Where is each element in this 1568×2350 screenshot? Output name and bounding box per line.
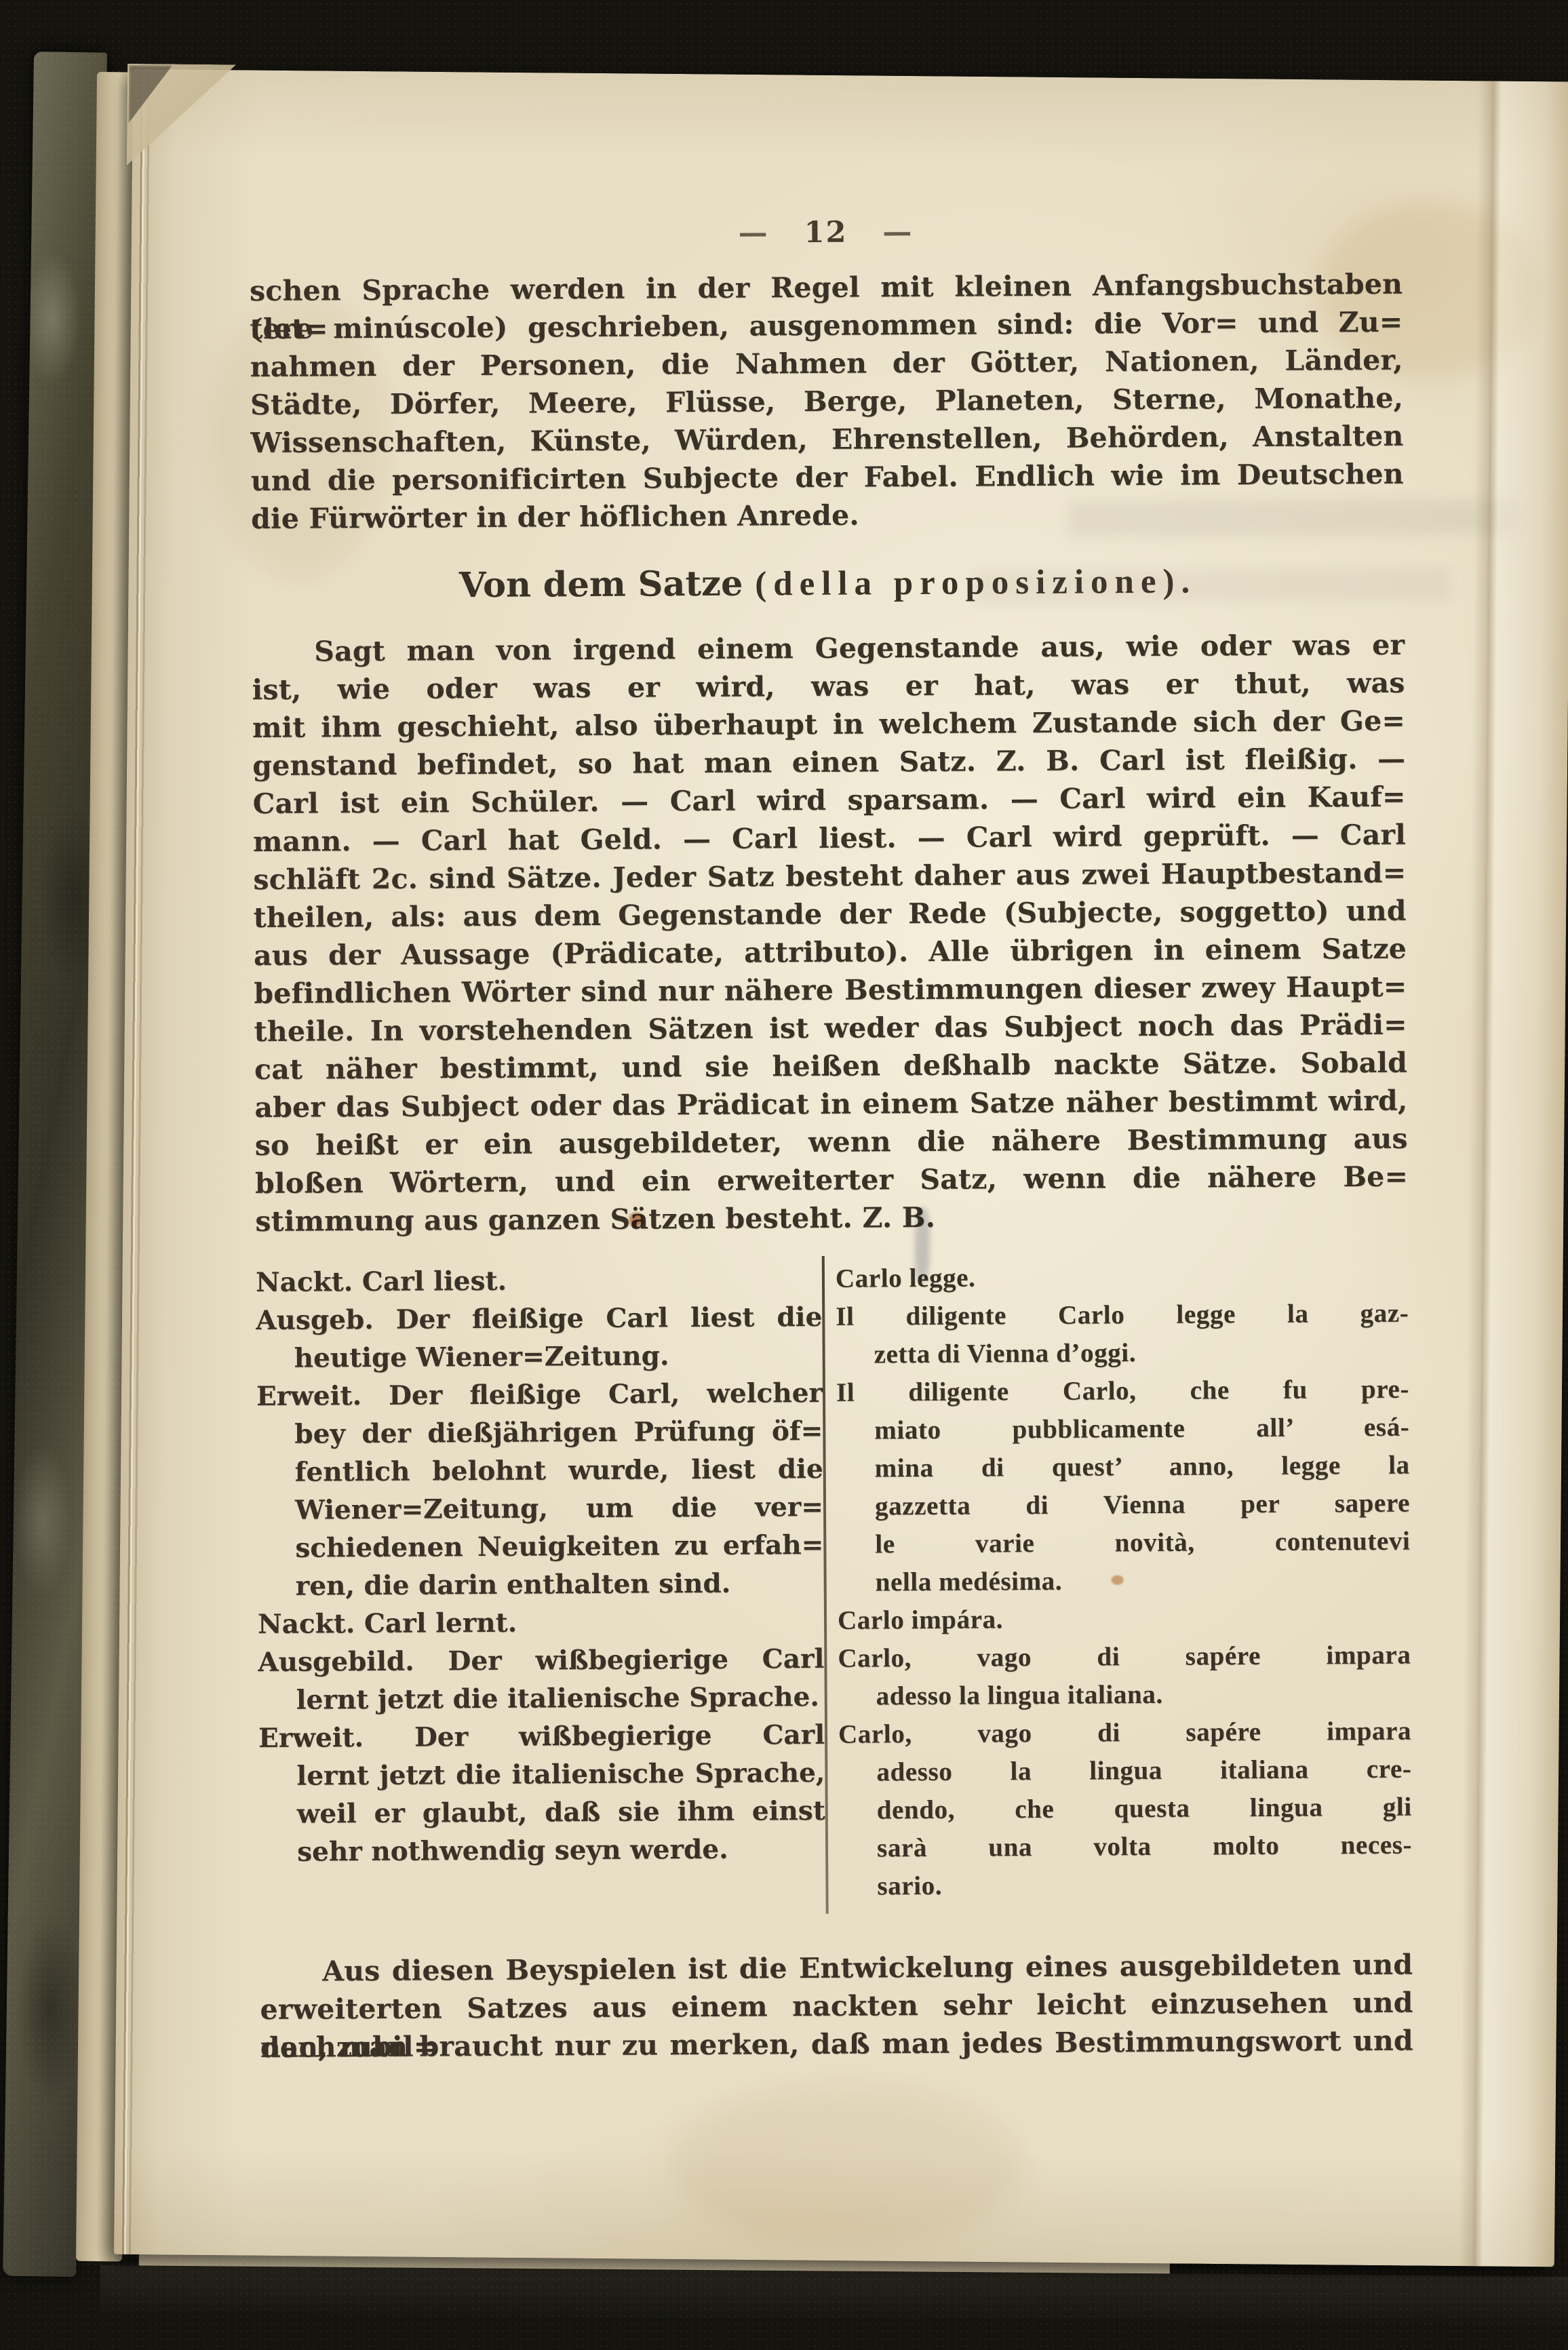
text-line: Carlo, vago di sapére impara bbox=[838, 1637, 1411, 1678]
text-line: Ausgebild. Der wißbegierige Carl bbox=[258, 1640, 824, 1681]
text-line: Sagt man von irgend einem Gegenstande au… bbox=[252, 626, 1405, 671]
heading-german: Von dem Satze bbox=[459, 564, 743, 606]
text-line: mina di quest’ anno, legge la bbox=[837, 1447, 1410, 1488]
text-line: heutige Wiener=Zeitung. bbox=[256, 1336, 822, 1377]
text-line: adesso la lingua italiana cre- bbox=[838, 1750, 1411, 1792]
header-dash-right: — bbox=[882, 215, 913, 249]
text-line: mann. — Carl hat Geld. — Carl liest. — C… bbox=[253, 816, 1406, 861]
paragraph-closing: Aus diesen Beyspielen ist die Entwickelu… bbox=[260, 1946, 1413, 2067]
examples-column-german: Nackt. Carl liest.Ausgeb. Der fleißige C… bbox=[256, 1260, 825, 1871]
text-line: theile. In vorstehenden Sätzen ist weder… bbox=[254, 1006, 1407, 1051]
text-line: schen Sprache werden in der Regel mit kl… bbox=[250, 265, 1403, 310]
examples-column-italian: Carlo legge.Il diligente Carlo legge la … bbox=[836, 1257, 1413, 1906]
text-line: Il diligente Carlo legge la gaz- bbox=[836, 1295, 1409, 1336]
paragraph-definition: Sagt man von irgend einem Gegenstande au… bbox=[252, 626, 1408, 1240]
text-line: fentlich belohnt wurde, liest die bbox=[257, 1450, 823, 1491]
text-line: schiedenen Neuigkeiten zu erfah= bbox=[257, 1526, 823, 1567]
text-line: lernt jetzt die italienische Sprache. bbox=[258, 1678, 825, 1719]
text-line: mit ihm geschieht, also überhaupt in wel… bbox=[252, 702, 1405, 747]
text-line: lernt jetzt die italienische Sprache, bbox=[258, 1754, 825, 1795]
text-line: und die personificirten Subjecte der Fab… bbox=[251, 455, 1404, 500]
text-line: zetta di Vienna d’oggi. bbox=[836, 1333, 1409, 1374]
text-line: befindlichen Wörter sind nur nähere Best… bbox=[254, 968, 1407, 1013]
text-line: nella medésima. bbox=[838, 1561, 1411, 1602]
page-header: —12— bbox=[249, 212, 1402, 253]
text-line: so heißt er ein ausgebildeter, wenn die … bbox=[255, 1120, 1408, 1164]
text-line: aus der Aussage (Prädicate, attributo). … bbox=[254, 930, 1407, 975]
heading-italian: (della proposizione). bbox=[755, 563, 1196, 604]
text-line: bey der dießjährigen Prüfung öf= bbox=[256, 1412, 823, 1453]
text-line: stimmung aus ganzen Sätzen besteht. Z. B… bbox=[255, 1196, 1408, 1240]
text-line: miato pubblicamente all’ esá- bbox=[836, 1409, 1409, 1450]
text-line: Carl ist ein Schüler. — Carl wird sparsa… bbox=[253, 778, 1406, 823]
book-page: —12— schen Sprache werden in der Regel m… bbox=[114, 69, 1568, 2267]
text-line: sario. bbox=[839, 1864, 1412, 1906]
page-content: —12— schen Sprache werden in der Regel m… bbox=[117, 64, 1568, 2258]
text-line: Il diligente Carlo, che fu pre- bbox=[836, 1371, 1409, 1412]
text-line: sehr nothwendig seyn werde. bbox=[259, 1830, 825, 1871]
text-line: ren, die darin enthalten sind. bbox=[258, 1564, 824, 1605]
bottom-cover-edge bbox=[100, 2265, 1568, 2326]
text-line: adesso la lingua italiana. bbox=[838, 1675, 1411, 1716]
section-heading: Von dem Satze (della proposizione). bbox=[252, 560, 1405, 607]
text-line: Carlo impára. bbox=[838, 1599, 1411, 1640]
book-scan-photo: —12— schen Sprache werden in der Regel m… bbox=[0, 0, 1568, 2350]
text-line: erweiterten Satzes aus einem nackten seh… bbox=[260, 1984, 1413, 2029]
text-line: Carlo legge. bbox=[836, 1257, 1409, 1298]
paragraph-continuation: schen Sprache werden in der Regel mit kl… bbox=[250, 265, 1404, 538]
text-line: Städte, Dörfer, Meere, Flüsse, Berge, Pl… bbox=[250, 379, 1403, 424]
text-line: den, man braucht nur zu merken, daß man … bbox=[260, 2022, 1413, 2067]
text-line: schläft 2c. sind Sätze. Jeder Satz beste… bbox=[253, 854, 1406, 899]
text-line: Erweit. Der fleißige Carl, welcher bbox=[256, 1374, 823, 1415]
text-line: Wissenschaften, Künste, Würden, Ehrenste… bbox=[250, 417, 1403, 462]
text-line: die Fürwörter in der höflichen Anrede. bbox=[251, 493, 1404, 538]
text-line: cat näher bestimmt, und sie heißen deßha… bbox=[254, 1044, 1407, 1089]
text-line: sarà una volta molto neces- bbox=[839, 1826, 1412, 1868]
text-line: le varie novità, contenutevi bbox=[837, 1523, 1410, 1564]
text-line: aber das Subject oder das Prädicat in ei… bbox=[254, 1082, 1407, 1127]
text-line: ist, wie oder was er wird, was er hat, w… bbox=[252, 664, 1405, 709]
text-line: Erweit. Der wißbegierige Carl bbox=[258, 1716, 825, 1757]
text-line: Carlo, vago di sapére impara bbox=[838, 1712, 1411, 1754]
text-line: dendo, che questa lingua gli bbox=[839, 1788, 1412, 1830]
text-line: Wiener=Zeitung, um die ver= bbox=[257, 1488, 823, 1529]
header-dash-left: — bbox=[738, 216, 768, 250]
page-number: 12 bbox=[804, 216, 847, 250]
text-line: Nackt. Carl liest. bbox=[256, 1260, 822, 1301]
text-line: gazzetta di Vienna per sapere bbox=[837, 1485, 1410, 1526]
text-line: Aus diesen Beyspielen ist die Entwickelu… bbox=[260, 1946, 1413, 1991]
text-line: nahmen der Personen, die Nahmen der Gött… bbox=[250, 341, 1403, 386]
text-line: tere minúscole) geschrieben, ausgenommen… bbox=[250, 303, 1403, 348]
text-line: Ausgeb. Der fleißige Carl liest die bbox=[256, 1298, 822, 1339]
text-line: theilen, als: aus dem Gegenstande der Re… bbox=[254, 892, 1407, 937]
text-line: genstand befindet, so hat man einen Satz… bbox=[252, 740, 1405, 785]
text-line: Nackt. Carl lernt. bbox=[258, 1602, 824, 1643]
text-line: weil er glaubt, daß sie ihm einst bbox=[259, 1792, 825, 1833]
text-line: bloßen Wörtern, und ein erweiterter Satz… bbox=[255, 1158, 1408, 1202]
